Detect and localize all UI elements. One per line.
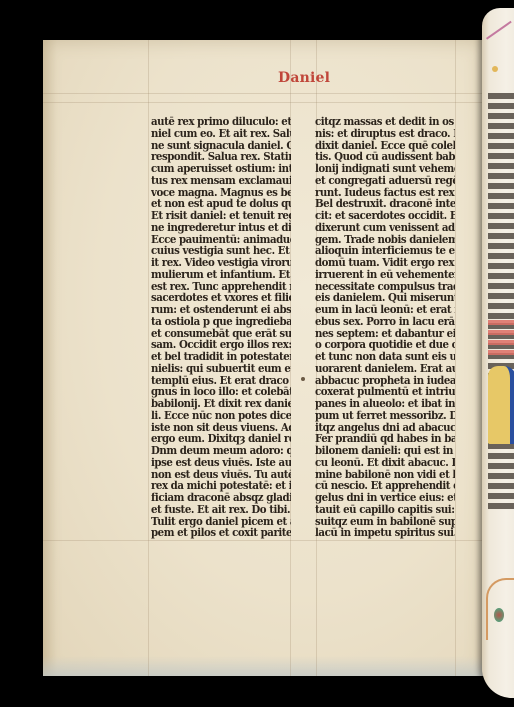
text-line: niel cum eo. Et ait rex. Salua bbox=[151, 128, 291, 140]
illuminated-initial-icon bbox=[488, 366, 514, 444]
text-line: non est deus viuēs. Tu autē bbox=[151, 469, 291, 481]
text-line: et bel tradidit in potestatem da bbox=[151, 352, 291, 364]
text-line: autē rex primo diluculo: et da bbox=[151, 117, 291, 129]
text-line: et consumebāt que erāt sup men bbox=[151, 328, 291, 340]
text-line: li. Ecce nūc non potes dicere qa bbox=[151, 410, 291, 422]
text-line: templū eius. Et erat draco ma bbox=[151, 375, 291, 387]
ruling-line bbox=[455, 40, 456, 676]
text-line: iste non sit deus viuens. Adora bbox=[151, 422, 291, 434]
water-stain bbox=[43, 656, 483, 676]
text-line: runt. Iudeus factus est rex. bbox=[315, 187, 455, 199]
text-line: necessitate compulsus tradidit bbox=[315, 281, 455, 293]
text-line: dixerunt cum venissent ad re bbox=[315, 222, 455, 234]
text-line: sacerdotes et vxores et filios eo bbox=[151, 293, 291, 305]
ruling-line bbox=[43, 93, 483, 94]
text-line: it rex. Video vestigia virorum et bbox=[151, 258, 291, 270]
text-line: cit: et sacerdotes occidit. Et bbox=[315, 211, 455, 223]
text-line: ipse est deus viuēs. Iste autem bbox=[151, 457, 291, 469]
text-line: gnus in loco illo: et colebāt eū bbox=[151, 387, 291, 399]
text-line: eum in lacū leonū: et erat ibi di bbox=[315, 305, 455, 317]
ruling-line bbox=[43, 102, 483, 103]
text-line: gem. Trade nobis danielem: bbox=[315, 234, 455, 246]
text-line: rum: et ostenderunt ei abscondi bbox=[151, 305, 291, 317]
text-line: Fer prandiū qd habes in ba bbox=[315, 434, 455, 446]
text-line: voce magna. Magnus es bel: bbox=[151, 187, 291, 199]
ruling-line bbox=[43, 540, 483, 541]
text-line: cū nescio. Et apprehendit eū an bbox=[315, 481, 455, 493]
text-line: lonij indignati sunt vehemēter: bbox=[315, 164, 455, 176]
pinprick-mark bbox=[301, 377, 305, 381]
text-line: tus rex mensam exclamauit bbox=[151, 175, 291, 187]
text-line: babilonij. Et dixit rex danie bbox=[151, 399, 291, 411]
text-line: cu leonū. Et dixit abacuc. Do bbox=[315, 457, 455, 469]
facing-page-rubric bbox=[488, 320, 514, 360]
gold-dot-icon bbox=[492, 66, 498, 72]
text-line: alioquin interficiemus te et bbox=[315, 246, 455, 258]
text-line: et fuste. Et ait rex. Do tibi. bbox=[151, 504, 291, 516]
text-line: est rex. Tunc apprehendit rex bbox=[151, 281, 291, 293]
text-line: irruerent in eū vehementer: et bbox=[315, 269, 455, 281]
facing-page-edge bbox=[482, 8, 514, 698]
text-line: lacū in impetu spiritus sui. Et bbox=[315, 528, 455, 540]
text-line: ne sunt signacula daniel. Qui bbox=[151, 140, 291, 152]
text-line: suitqz eum in babilonē super bbox=[315, 516, 455, 528]
text-line: ebus sex. Porro in lacu erāt leo bbox=[315, 316, 455, 328]
text-line: sam. Occidit ergo illos rex: bbox=[151, 340, 291, 352]
page-edge-stain bbox=[43, 40, 57, 676]
text-column-1: autē rex primo diluculo: et daniel cum e… bbox=[151, 117, 291, 540]
text-line: nielis: qui subuertit eum et bbox=[151, 363, 291, 375]
text-line: uorarent danielem. Erat autē bbox=[315, 363, 455, 375]
text-line: panes in alueolo: et ibat in cam bbox=[315, 399, 455, 411]
text-line: respondit. Salua rex. Statimqz bbox=[151, 152, 291, 164]
text-line: ergo eum. Dixitqȝ daniel regi. bbox=[151, 434, 291, 446]
text-line: cuius vestigia sunt hec. Et dix bbox=[151, 246, 291, 258]
ruling-line bbox=[148, 40, 149, 676]
text-line: eis danielem. Qui miserunt bbox=[315, 293, 455, 305]
text-line: mulierum et infantium. Et iratus bbox=[151, 269, 291, 281]
facing-page-text bbox=[488, 93, 514, 513]
text-line: nes septem: et dabantur eis du bbox=[315, 328, 455, 340]
text-line: gelus dni in vertice eius: et por bbox=[315, 493, 455, 505]
text-line: et non est apud te dolus quisqȝ. bbox=[151, 199, 291, 211]
text-line: pum ut ferret messoribz. Dix bbox=[315, 410, 455, 422]
text-line: itqz angelus dni ad abacuc. bbox=[315, 422, 455, 434]
text-line: et congregati aduersū regē dixe bbox=[315, 175, 455, 187]
text-column-2: citqz massas et dedit in os draconis: et… bbox=[315, 117, 455, 540]
text-line: coxerat pulmentū et intriuerat bbox=[315, 387, 455, 399]
text-line: domū tuam. Vidit ergo rex q bbox=[315, 258, 455, 270]
text-line: et tunc non data sunt eis ut de bbox=[315, 352, 455, 364]
text-line: tauit eū capillo capitis sui: po bbox=[315, 504, 455, 516]
text-line: o corpora quotidie et due oues: bbox=[315, 340, 455, 352]
text-line: citqz massas et dedit in os draco bbox=[315, 117, 455, 129]
text-line: tis. Quod cū audissent babi bbox=[315, 152, 455, 164]
manuscript-page-verso: Daniel autē rex primo diluculo: et danie… bbox=[43, 40, 483, 676]
text-line: Dnm deum meum adoro: quia bbox=[151, 446, 291, 458]
text-line: ne ingrederetur intus et dixit. bbox=[151, 222, 291, 234]
text-line: nis: et diruptus est draco. Et bbox=[315, 128, 455, 140]
text-line: Tulit ergo daniel picem et adi bbox=[151, 516, 291, 528]
pen-flourish-icon bbox=[486, 21, 514, 73]
flower-icon bbox=[494, 608, 504, 622]
text-line: Bel destruxit. draconē interfe bbox=[315, 199, 455, 211]
text-line: Et risit daniel: et tenuit regē bbox=[151, 211, 291, 223]
text-line: rex da michi potestatē: et inter bbox=[151, 481, 291, 493]
text-line: bilonem danieli: qui est in la bbox=[315, 446, 455, 458]
text-line: cum aperuisset ostium: intui bbox=[151, 164, 291, 176]
text-line: Ecce pauimentū: animaduerte bbox=[151, 234, 291, 246]
text-line: abbacuc propheta in iudea: et ipe bbox=[315, 375, 455, 387]
text-line: mine babilonē non vidi et la bbox=[315, 469, 455, 481]
text-line: ficiam draconē absqz gladio bbox=[151, 493, 291, 505]
running-head: Daniel bbox=[278, 70, 318, 86]
text-line: pem et pilos et coxit pariter: fe bbox=[151, 528, 291, 540]
text-line: dixit daniel. Ecce quē colebā bbox=[315, 140, 455, 152]
text-line: ta ostiola p que ingrediebant bbox=[151, 316, 291, 328]
